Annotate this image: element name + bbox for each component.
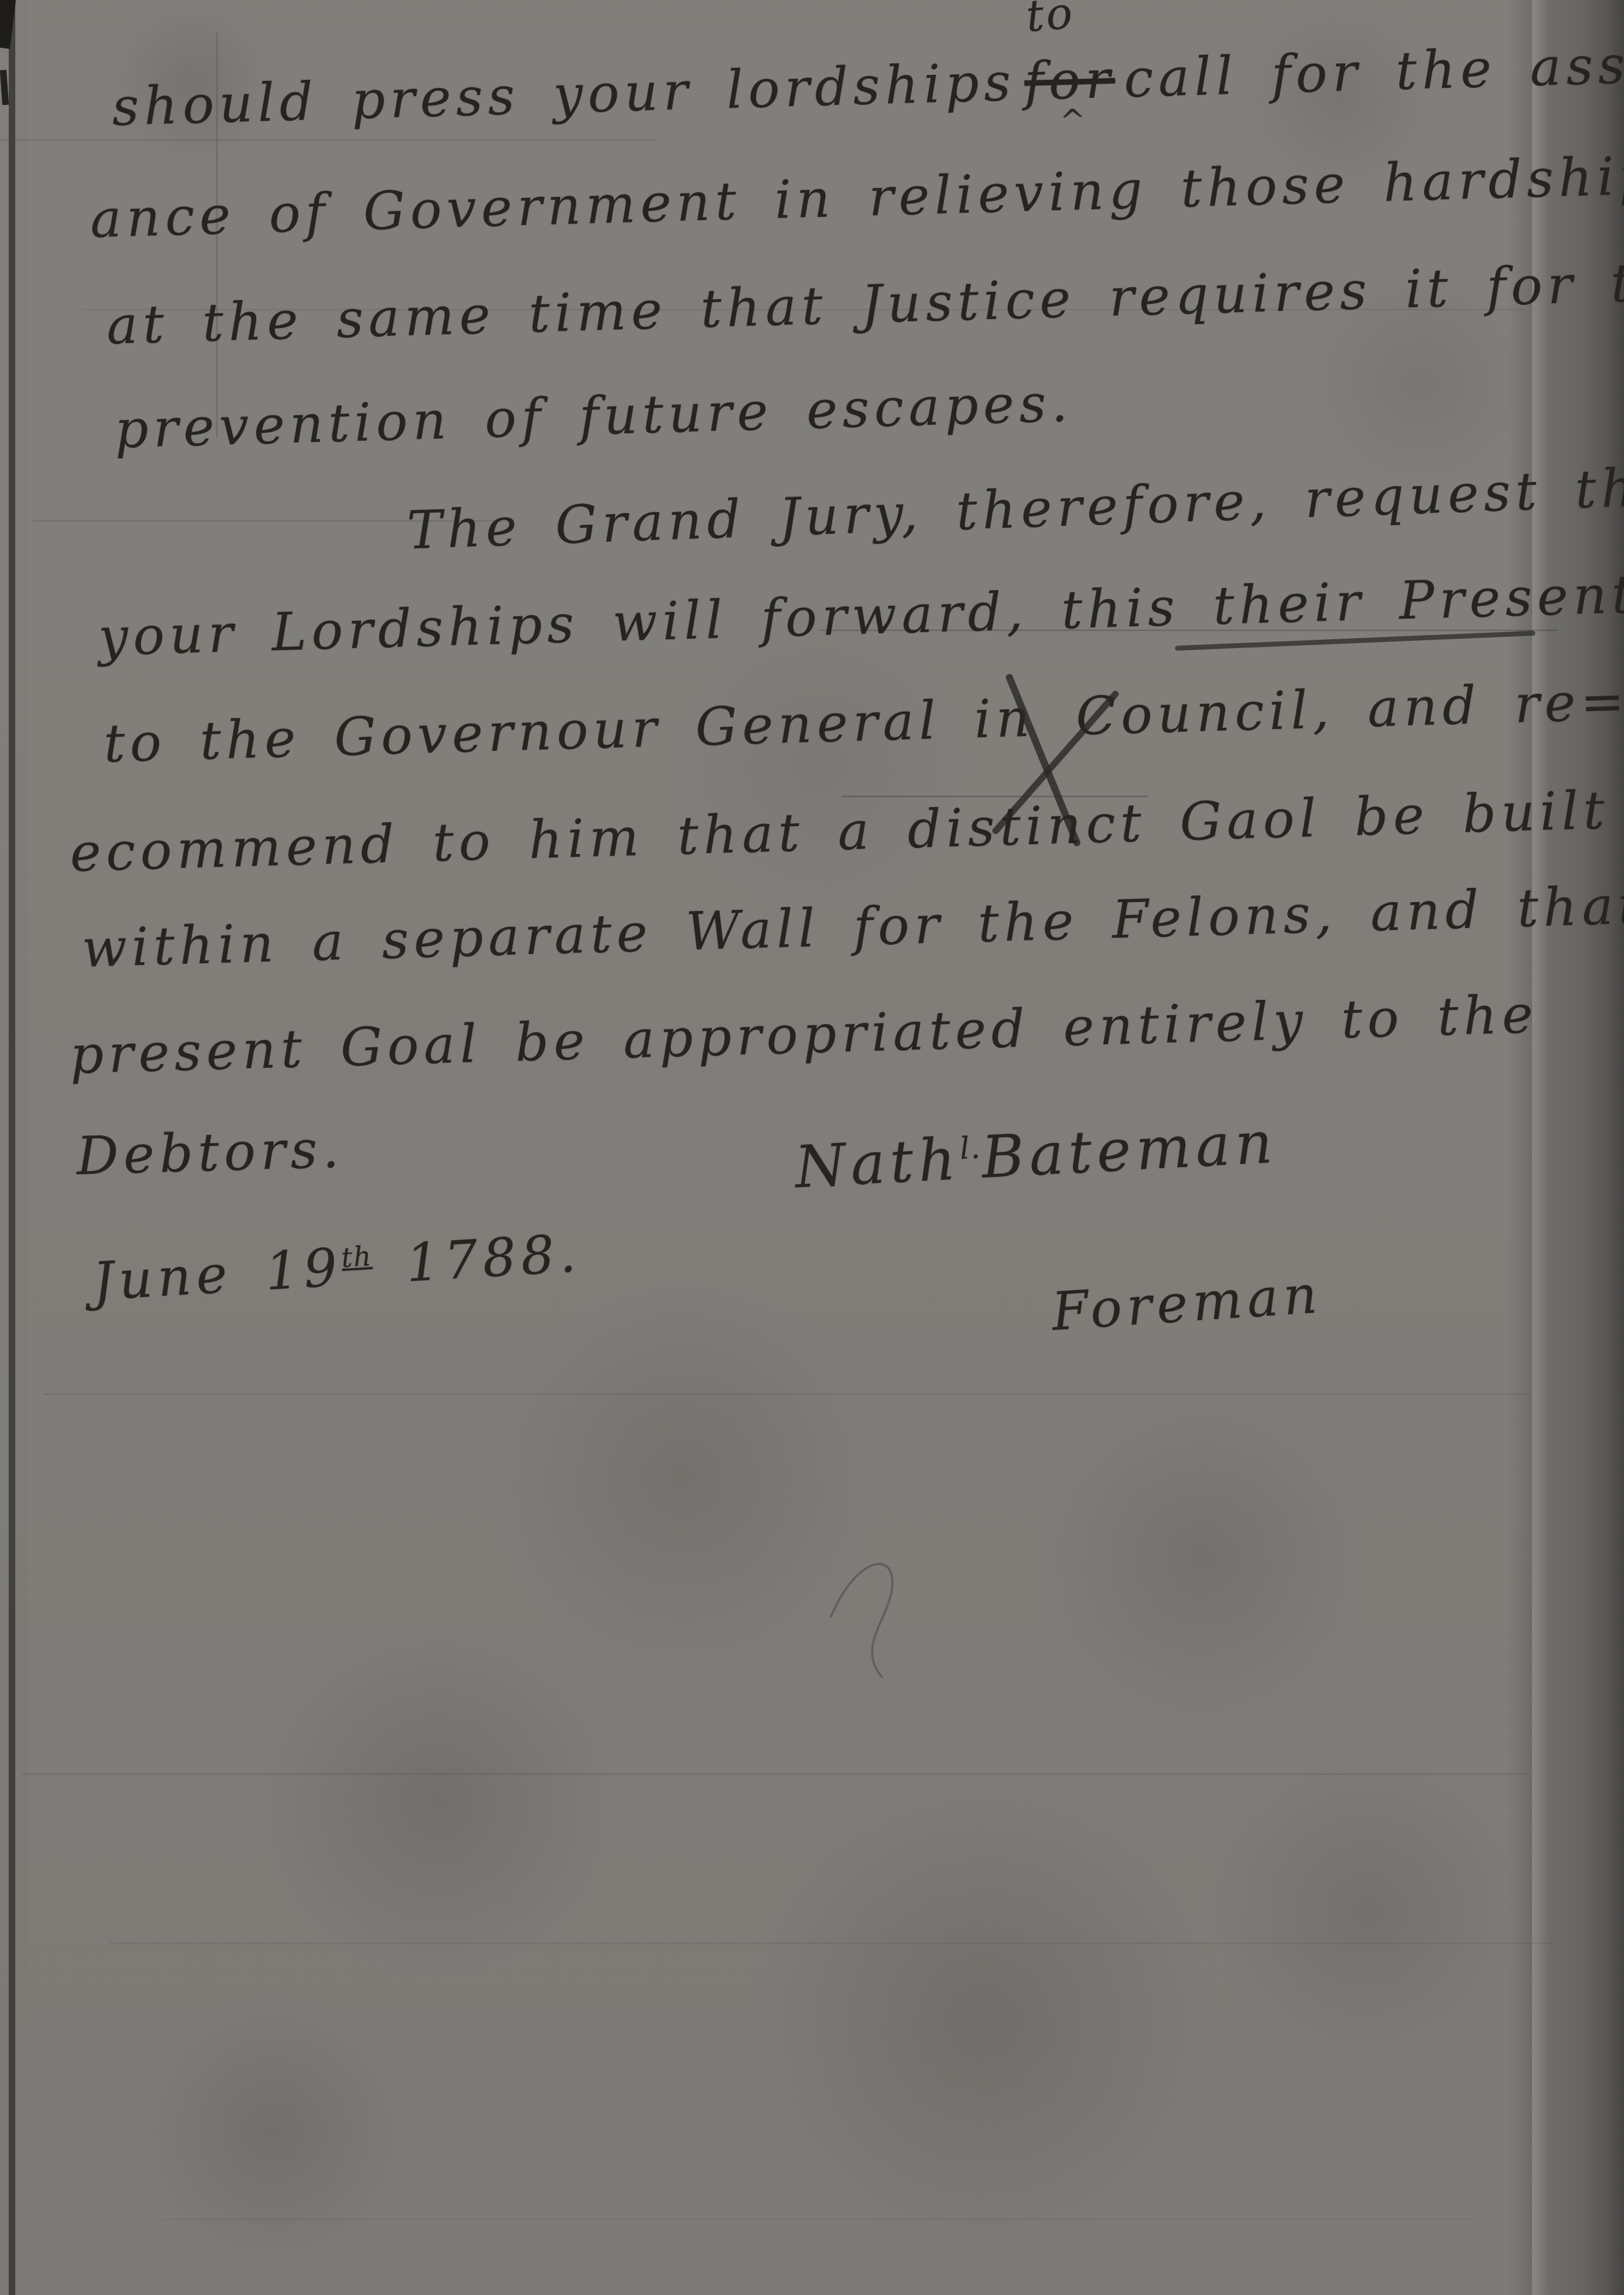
manuscript-line-7: to the Governour General in Council, and… [103, 670, 1624, 774]
inserted-word: to [1024, 0, 1076, 42]
manuscript-line-4: prevention of future escapes. [114, 372, 1073, 460]
manuscript-line-2: ance of Government in relieving those ha… [89, 143, 1624, 250]
line1-pre: should press your lordships [111, 51, 1016, 138]
signature-last: Bateman [980, 1109, 1279, 1191]
x-annotation-anchor [1068, 729, 1076, 734]
correction-cluster: tofor^ [1023, 49, 1116, 113]
signer-role: Foreman [1050, 1263, 1323, 1343]
manuscript-line-6: your Lordships will forward, this their … [97, 559, 1624, 668]
binding-edge-soft [16, 0, 28, 2295]
scan-artifact-line [22, 1773, 1530, 1775]
scan-artifact-line [164, 2218, 1475, 2220]
manuscript-page: should press your lordshipstofor^call fo… [0, 0, 1624, 2295]
page-edge-shadow [1508, 0, 1532, 2295]
manuscript-line-8: ecommend to him that a distinct Gaol be … [69, 779, 1610, 884]
signature-first: Nath [793, 1125, 962, 1201]
date-day: June 19 [91, 1237, 344, 1313]
line7-pre: to the Governour General in [103, 687, 1035, 774]
manuscript-line-3: at the same time that Justice requires i… [105, 250, 1624, 356]
date-ordinal-superscript: th [340, 1240, 373, 1274]
scan-artifact-line [0, 139, 656, 141]
corner-ink-mark [0, 70, 9, 105]
scan-artifact-line [44, 1393, 1530, 1395]
manuscript-line-1: should press your lordshipstofor^call fo… [111, 31, 1624, 138]
binding-edge-line [9, 0, 15, 2295]
manuscript-line-9: within a separate Wall for the Felons, a… [81, 870, 1624, 979]
manuscript-line-5: The Grand Jury, therefore, request that [406, 455, 1624, 561]
signature: Nathl.Bateman [793, 1109, 1279, 1201]
struck-word: for [1023, 49, 1116, 113]
scan-right-margin-band [1532, 0, 1624, 2295]
caret-icon: ^ [1060, 103, 1091, 139]
manuscript-line-11: Debtors. [75, 1118, 344, 1187]
date-year: 1788. [404, 1222, 582, 1294]
scan-artifact-line [109, 1943, 1552, 1944]
date-line: June 19th 1788. [91, 1222, 582, 1313]
signature-superscript: l. [959, 1130, 982, 1166]
manuscript-line-10: present Goal be appropriated entirely to… [69, 984, 1539, 1086]
stray-ink-mark [820, 1541, 940, 1694]
